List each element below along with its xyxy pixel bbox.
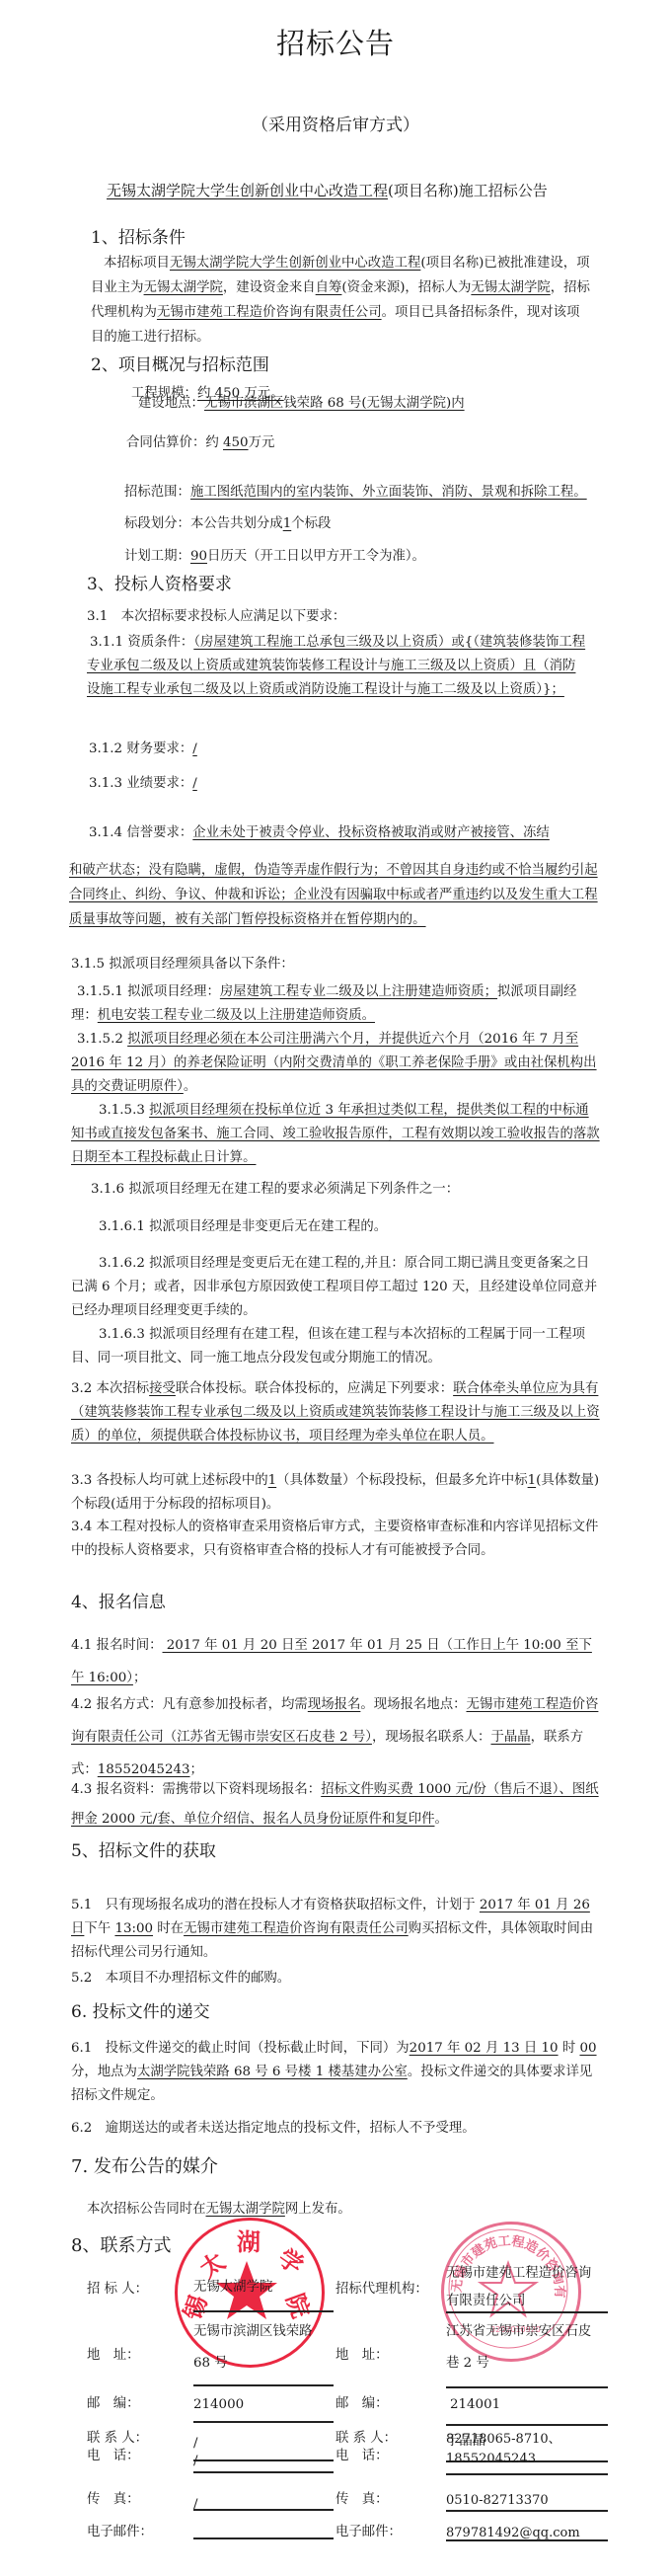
seal-char: 湖: [237, 2223, 261, 2257]
text: 网上发布。: [285, 2202, 351, 2217]
section-8-title: 8、联系方式: [71, 2231, 171, 2257]
credit-value-rest: 和破产状态；没有隐瞒，虚假，伪造等弄虚作假行为；不曾因其自身违约或不恰当履约引起…: [69, 863, 598, 927]
reg-4-2: 4.2 报名方式：凡有意参加投标者，均需现场报名。现场报名地点：无锡市建苑工程造…: [71, 1688, 604, 1786]
text: 3.3 各投标人均可就上述标段中的: [71, 1473, 268, 1488]
tenderer-email-label: 电子邮件：: [87, 2521, 153, 2539]
deadline-date: 2017 年 02 月 13 日 10: [410, 2041, 559, 2056]
req-3-1-6: 3.1.6 拟派项目经理无在建工程的要求必须满足下列条件之一：: [91, 1177, 459, 1202]
tenderer-value: 无锡太湖学院: [193, 2275, 272, 2300]
text: （具体数量）个标段投标，但最多允许中标: [276, 1473, 527, 1488]
credit-value-line1: 企业未处于被责令停业、投标资格被取消或财产被接管、冻结: [192, 825, 550, 840]
pm-experience: 拟派项目经理须在投标单位近 3 年承担过类似工程，提供类似工程的中标通知书或直接…: [71, 1103, 600, 1165]
agent-address-label: 地 址：: [335, 2344, 389, 2363]
registration-contact: 于晶晶: [490, 1730, 530, 1745]
pm-registration: 拟派项目经理必须在本公司注册满六个月，并提供近六个月（2016 年 7 月至 2…: [71, 1032, 597, 1094]
section-1-paragraph: 本招标项目无锡太湖学院大学生创新创业中心改造工程(项目名称)已被批准建设，项目业…: [91, 251, 590, 350]
doc-5-1: 5.1 只有现场报名成功的潜在投标人才有资格获取招标文件，计划于 2017 年 …: [71, 1894, 604, 1965]
submit-place: 太湖学院钱荣路 68 号 6 号楼 1 楼基建办公室: [137, 2065, 408, 2079]
divider: [446, 2311, 608, 2313]
scope-value: 施工图纸范围内的室内装饰、外立面装饰、消防、景观和拆除工程。: [190, 485, 587, 500]
section-2-title: 2、项目概况与招标范围: [91, 351, 269, 375]
text: 3.2 本次招标: [71, 1381, 149, 1396]
tenderer-address-value: 无锡市滨湖区钱荣路 68 号: [193, 2316, 332, 2380]
text: 4.3 报名资料：需携带以下资料现场报名：: [71, 1782, 321, 1797]
agent-email-value[interactable]: 879781492@qq.com: [446, 2521, 580, 2545]
contract-unit: 万元: [249, 435, 275, 450]
scale-label: 工程规模：: [131, 386, 197, 401]
fund-source: 自筹: [316, 280, 342, 295]
tenderer-zip-value: 214000: [193, 2392, 244, 2417]
contract-label: 合同估算价：约: [126, 435, 223, 450]
tenderer-label: 招 标 人：: [87, 2278, 148, 2297]
req-3-3: 3.3 各投标人均可就上述标段中的1（具体数量）个标段投标，但最多允许中标1(具…: [71, 1469, 600, 1517]
consortium-accept: 接受: [149, 1381, 176, 1396]
owner-name: 无锡太湖学院: [144, 280, 223, 295]
req-3-1-3: 3.1.3 业绩要求：/: [89, 771, 197, 796]
label: 4.1 报名时间：: [71, 1638, 163, 1653]
reg-4-1: 4.1 报名时间： 2017 年 01 月 20 日至 2017 年 01 月 …: [71, 1629, 604, 1694]
text: 时在: [153, 1921, 184, 1936]
contract-value: 450: [223, 435, 249, 450]
section-3-title: 3、投标人资格要求: [87, 570, 232, 594]
divider: [446, 2510, 608, 2512]
label: 3.1.5.3: [99, 1103, 149, 1118]
section-5-title: 5、招标文件的获取: [71, 1836, 216, 1861]
page-subtitle: （采用资格后审方式）: [0, 111, 671, 135]
text: 分，地点为: [71, 2065, 137, 2079]
deputy-pm-qualification: 机电安装工程专业二级及以上注册建造师资质。: [98, 1008, 375, 1023]
media-paragraph: 本次招标公告同时在无锡太湖学院网上发布。: [87, 2197, 351, 2222]
agent-contact-label: 联 系 人：: [335, 2427, 397, 2446]
req-3-2: 3.2 本次招标接受联合体投标。联合体投标的，应满足下列要求：联合体牵头单位应为…: [71, 1377, 600, 1448]
period-suffix: 日历天（开工日以甲方开工令为准）。: [207, 549, 425, 564]
heading-project-name: 无锡太湖学院大学生创新创业中心改造工程: [107, 182, 388, 199]
label: 3.1.2 财务要求：: [89, 742, 192, 756]
divider: [193, 2384, 334, 2386]
label: 3.1.1 资质条件：: [90, 635, 193, 650]
agent-address-value: 江苏省无锡市崇安区石皮巷 2 号: [446, 2316, 604, 2380]
tenderer-contact-label: 联 系 人：: [87, 2427, 148, 2446]
tenderer-fax-value: /: [193, 2492, 198, 2517]
req-3-1-5-3: 3.1.5.3 拟派项目经理须在投标单位近 3 年承担过类似工程，提供类似工程的…: [71, 1099, 600, 1170]
lots-bid-count: 1: [268, 1473, 277, 1488]
media-name: 无锡太湖学院: [206, 2202, 285, 2217]
seal-char: 学: [272, 2238, 312, 2280]
period-label: 计划工期：: [124, 549, 190, 564]
req-3-1-5: 3.1.5 拟派项目经理须具备以下条件：: [71, 952, 294, 976]
req-3-1-6-2: 3.1.6.2 拟派项目经理是变更后无在建工程的,并且：原合同工期已满且变更备案…: [71, 1252, 600, 1323]
deadline-minute: 00: [579, 2041, 596, 2056]
agent-phone-value: 82718065-8710、 18552045243: [446, 2430, 561, 2469]
doc-5-2: 5.2 本项目不办理招标文件的邮购。: [71, 1966, 290, 1991]
divider: [193, 2509, 334, 2511]
label: 3.1.5.1 拟派项目经理：: [77, 984, 220, 999]
divider: [193, 2421, 334, 2423]
lots-value: 1: [283, 516, 292, 531]
req-3-1-5-2: 3.1.5.2 拟派项目经理必须在本公司注册满六个月，并提供近六个月（2016 …: [71, 1028, 600, 1099]
agent-zip-value: 214001: [450, 2392, 500, 2417]
section-1-title: 1、招标条件: [91, 223, 186, 248]
req-3-1-2: 3.1.2 财务要求：/: [89, 737, 197, 761]
req-3-1-4-line1: 3.1.4 信誉要求：企业未处于被责令停业、投标资格被取消或财产被接管、冻结: [89, 820, 550, 845]
agent-fax-label: 传 真：: [335, 2488, 389, 2507]
req-3-1-6-3: 3.1.6.3 拟派项目经理有在建工程，但该在建工程与本次招标的工程属于同一工程…: [71, 1323, 600, 1370]
divider: [193, 2459, 334, 2461]
text: 本次招标公告同时在: [87, 2202, 206, 2217]
label: 3.1.3 业绩要求：: [89, 776, 192, 791]
lots-row: 标段划分：本公告共划分成1个标段: [124, 511, 331, 536]
performance-value: /: [192, 776, 197, 791]
scale-value: 约 450 万元。: [197, 386, 284, 401]
agent-phone-1: 82718065-8710、: [446, 2430, 561, 2450]
tenderer-name: 无锡太湖学院: [471, 280, 550, 295]
text: ；: [133, 1671, 146, 1685]
divider: [193, 2537, 334, 2539]
divider: [446, 2473, 608, 2475]
scope-row: 招标范围：施工图纸范围内的室内装饰、外立面装饰、消防、景观和拆除工程。: [124, 480, 587, 505]
text: 下午: [84, 1921, 114, 1936]
req-3-1-1: 3.1.1 资质条件：（房屋建筑工程施工总承包三级及以上资质）或{（建筑装修装饰…: [87, 631, 588, 702]
contract-row: 合同估算价：约 450万元: [126, 430, 274, 455]
agent-name: 无锡市建苑工程造价咨询有限责任公司: [157, 305, 382, 320]
lots-suffix: 个标段: [291, 516, 331, 531]
lots-label: 标段划分：本公告共划分成: [124, 516, 283, 531]
label: 3.1.4 信誉要求：: [89, 825, 192, 840]
agent-email-label: 电子邮件：: [335, 2521, 402, 2539]
section-4-title: 4、报名信息: [71, 1588, 166, 1612]
req-3-1: 3.1 本次招标要求投标人应满足以下要求：: [87, 604, 345, 629]
tenderer-address-label: 地 址：: [87, 2344, 140, 2363]
doc-time: 13:00: [114, 1921, 153, 1936]
text: 。: [434, 1812, 447, 1827]
text: (资金来源)，招标人为: [341, 280, 471, 295]
tenderer-fax-label: 传 真：: [87, 2488, 140, 2507]
req-3-1-4-rest: 和破产状态；没有隐瞒，虚假，伪造等弄虚作假行为；不曾因其自身违约或不恰当履约引起…: [69, 858, 602, 932]
agent-value: 无锡市建苑工程造价咨询有限责任公司: [446, 2260, 604, 2315]
text: 本招标项目: [104, 256, 170, 271]
period-row: 计划工期：90日历天（开工日以甲方开工令为准）。: [124, 544, 425, 569]
scale-row: 工程规模：约 450 万元。: [131, 381, 284, 406]
req-3-4: 3.4 本工程对投标人的资格审查采用资格后审方式，主要资格审查标准和内容详见招标…: [71, 1516, 600, 1563]
agent-phone-2: 18552045243: [446, 2450, 561, 2469]
text: 联合体投标。联合体投标的，应满足下列要求：: [176, 1381, 453, 1396]
divider: [193, 2310, 334, 2312]
doc-place: 无锡市建苑工程造价咨询有限责任公司: [184, 1921, 409, 1936]
divider: [193, 2471, 334, 2473]
tenderer-zip-label: 邮 编：: [87, 2392, 140, 2411]
lots-win-count: 1: [528, 1473, 537, 1488]
text: 6.1 投标文件递交的截止时间（投标截止时间，下同）为: [71, 2041, 410, 2056]
divider: [446, 2386, 608, 2388]
text: 。现场报名地点：: [360, 1697, 466, 1712]
financial-value: /: [192, 742, 197, 756]
project-name: 无锡太湖学院大学生创新创业中心改造工程: [170, 256, 420, 271]
submit-6-1: 6.1 投标文件递交的截止时间（投标截止时间，下同）为2017 年 02 月 1…: [71, 2037, 604, 2108]
section-6-title: 6. 投标文件的递交: [71, 1997, 210, 2022]
agent-label: 招标代理机构：: [335, 2278, 428, 2297]
scope-label: 招标范围：: [124, 485, 190, 500]
period-value: 90: [190, 549, 207, 564]
tenderer-phone-value: /: [193, 2449, 198, 2473]
section-7-title: 7. 发布公告的媒介: [71, 2152, 218, 2178]
agent-zip-label: 邮 编：: [335, 2392, 389, 2411]
page-title: 招标公告: [0, 22, 671, 62]
heading-suffix: (项目名称)施工招标公告: [388, 182, 548, 199]
divider: [446, 2424, 608, 2426]
reg-4-3: 4.3 报名资料：需携带以下资料现场报名：招标文件购买费 1000 元/份（售后…: [71, 1775, 604, 1834]
req-3-1-6-1: 3.1.6.1 拟派项目经理是非变更后无在建工程的。: [99, 1214, 387, 1239]
text: ，现场报名联系人：: [372, 1730, 491, 1745]
text: ，建设资金来自: [223, 280, 316, 295]
pm-qualification: 房屋建筑工程专业二级及以上注册建造师资质；: [220, 984, 497, 999]
agent-phone-label: 电 话：: [335, 2445, 389, 2463]
text: 5.1 只有现场报名成功的潜在投标人才有资格获取招标文件，计划于: [71, 1898, 480, 1912]
req-3-1-5-1: 3.1.5.1 拟派项目经理：房屋建筑工程专业二级及以上注册建造师资质；拟派项目…: [71, 980, 600, 1028]
tenderer-phone-label: 电 话：: [87, 2445, 140, 2463]
text: 时: [559, 2041, 580, 2056]
label: 3.1.5.2: [77, 1032, 127, 1047]
registration-method: 现场报名: [308, 1697, 361, 1712]
divider: [446, 2539, 608, 2541]
submit-6-2: 6.2 逾期送达的或者未送达指定地点的投标文件，招标人不予受理。: [71, 2116, 476, 2141]
text: 4.2 报名方式：凡有意参加投标者，均需: [71, 1697, 308, 1712]
document-heading: 无锡太湖学院大学生创新创业中心改造工程(项目名称)施工招标公告: [107, 180, 548, 200]
text: 。: [184, 1079, 196, 1094]
